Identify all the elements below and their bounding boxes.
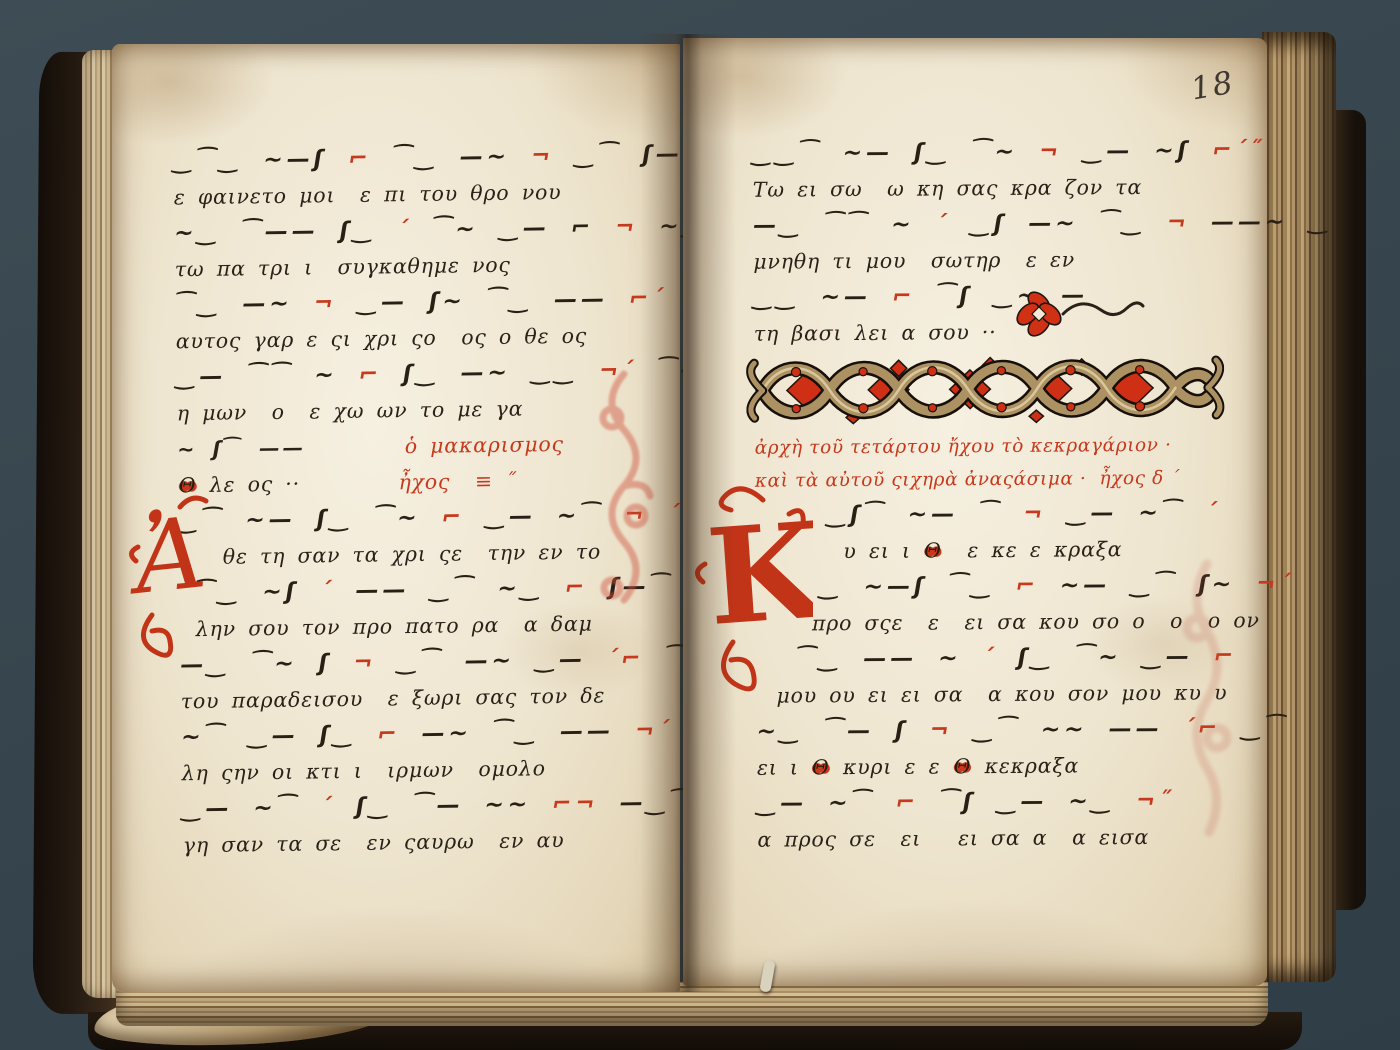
page-number: 18 [1188, 65, 1237, 108]
manuscript-line: ἀρχὴ τοῦ τετάρτου ἤχου τὸ κεκραγάριον · [755, 428, 1247, 464]
manuscript-line: ⁀‿ ∼ʃ ΄ —— ‿⁀ ∼‿ ⌐ ʃ—⁀ ‿∼ ¬ [176, 569, 660, 612]
manuscript-line: γη σαν τα σε εν ςαυρω εν αυ [183, 821, 661, 864]
left-page: ‿⁀‿ ∼—ʃ ⌐ ⁀‿ —∼ ¬ ‿⁀ ʃ—∼ ΄˝ε φαινετο μοι… [112, 44, 680, 992]
manuscript-line: ‿— ∼⁀ ⌐ ⁀ʃ ‿— ∼‿ ¬˝ [754, 782, 1252, 821]
initial-kappa: Κ [702, 493, 813, 656]
right-page-column: ‿‿⁀ ∼— ʃ‿ ⁀∼ ¬ ‿— ∼ʃ ⌐΄˝Τω ει σω ω κη σα… [752, 132, 1249, 857]
manuscript-line: ∼⁀ ‿— ʃ‿ ⌐ —∼ ⁀‿ —— ¬΄ ‿⁀ʃ [178, 713, 662, 756]
manuscript-line: ‿‿ ∼— ⌐ ⁀ʃ ‿∼ — [751, 276, 1249, 315]
manuscript-line: προ σςε ε ει σα κου σο ο ο ο ον [756, 602, 1248, 641]
manuscript-line: ⁀‿ —— ∼ ΄ ʃ‿ ⁀∼ ‿— ⌐ [753, 638, 1251, 677]
right-page: 18 ‿‿⁀ ∼— ʃ‿ ⁀∼ ¬ ‿— ∼ʃ ⌐΄˝Τω ει σω ω κη… [683, 38, 1267, 986]
manuscript-line: ει ι Θ κυρι ε ε Θ κεκραξα [757, 746, 1249, 785]
left-page-lines: ‿⁀‿ ∼—ʃ ⌐ ⁀‿ —∼ ¬ ‿⁀ ʃ—∼ ΄˝ε φαινετο μοι… [173, 137, 661, 864]
manuscript-line: α προς σε ει ει σα α α εισα [757, 818, 1249, 857]
manuscript-line: ∼‿ ⁀—— ʃ‿ ΄ ⁀∼ ‿— ⌐ ¬ ∼‿⁀ —ʃ ˝ [171, 209, 655, 252]
initial-kappa-ornament: Κ [689, 474, 813, 714]
manuscript-line: ‿— ∼⁀ ΄ ʃ‿ ⁀— ∼∼ ⌐¬ —‿⁀ [179, 785, 663, 828]
bleed-through-flourish [1181, 558, 1231, 838]
quatrefoil-ornament [1001, 290, 1151, 338]
fore-edge [1262, 32, 1336, 982]
manuscript-line: ‿ ∼—ʃ ⁀‿ ⌐ ∼— ‿⁀ ʃ∼ ¬΄ [753, 566, 1251, 605]
manuscript-line: ∼‿ ⁀— ʃ ¬ ‿⁀ ∼∼ —— ΄⌐ ‿⁀ [754, 710, 1252, 749]
manuscript-line: ‿— ⁀⁀ ∼ ⌐ ʃ‿ —∼ ‿‿ ¬΄ ⁀—∼ ʃ [173, 353, 657, 396]
manuscript-line: —‿ ⁀∼ ʃ ¬ ‿⁀ —∼ ‿— ΄⌐ ⁀∼‿ [177, 641, 661, 684]
manuscript-photo: ‿⁀‿ ∼—ʃ ⌐ ⁀‿ —∼ ¬ ‿⁀ ʃ—∼ ΄˝ε φαινετο μοι… [0, 0, 1400, 1050]
right-page-lines-top: ‿‿⁀ ∼— ʃ‿ ⁀∼ ¬ ‿— ∼ʃ ⌐΄˝Τω ει σω ω κη σα… [752, 132, 1245, 351]
manuscript-line: —‿ ⁀⁀ ∼ ΄ ‿ʃ —∼ ⁀‿ ¬ ——∼ ‿ [750, 204, 1248, 243]
headband-ornament [746, 352, 1247, 429]
manuscript-line: μνηθη τι μου σωτηρ ε εν [753, 240, 1245, 279]
manuscript-line: υ ει ι Θ ε κε ε κραξα [755, 530, 1247, 569]
manuscript-line: ‿⁀‿ ∼—ʃ ⌐ ⁀‿ —∼ ¬ ‿⁀ ʃ—∼ ΄˝ [170, 137, 654, 180]
right-page-lines-bottom: ἀρχὴ τοῦ τετάρτου ἤχου τὸ κεκραγάριον ·κ… [755, 428, 1250, 857]
manuscript-line: μου ου ει ει σα α κου σον μου κυ υ [756, 674, 1248, 713]
manuscript-line: τη βασι λει α σου ·· [754, 312, 1246, 351]
manuscript-line: Τω ει σω ω κη σας κρα ζον τα [753, 168, 1245, 207]
manuscript-line: ‿‿⁀ ∼— ʃ‿ ⁀∼ ¬ ‿— ∼ʃ ⌐΄˝ [750, 132, 1248, 171]
manuscript-line: ‿⁀ ∼— ʃ‿ ⁀∼ ⌐ ‿— ∼⁀ ¬ ΄ ‿‿— [175, 497, 659, 540]
manuscript-line: ‿ʃ⁀ ∼— ⁀ ¬ ‿— ∼⁀ ΄ [752, 494, 1250, 533]
manuscript-line: καὶ τὰ αὐτοῦ ςιχηρὰ ἀναςάσιμα · ἦχος δ ΄ [755, 461, 1247, 497]
initial-alpha-ornament: Ἀ [122, 487, 234, 659]
margin-flourish [590, 366, 656, 628]
manuscript-line: ⁀‿ —∼ ¬ ‿— ʃ∼ ⁀‿ —— ⌐΄ ⁀‿∼ ‿ [172, 281, 656, 324]
initial-alpha: Ἀ [122, 496, 211, 618]
